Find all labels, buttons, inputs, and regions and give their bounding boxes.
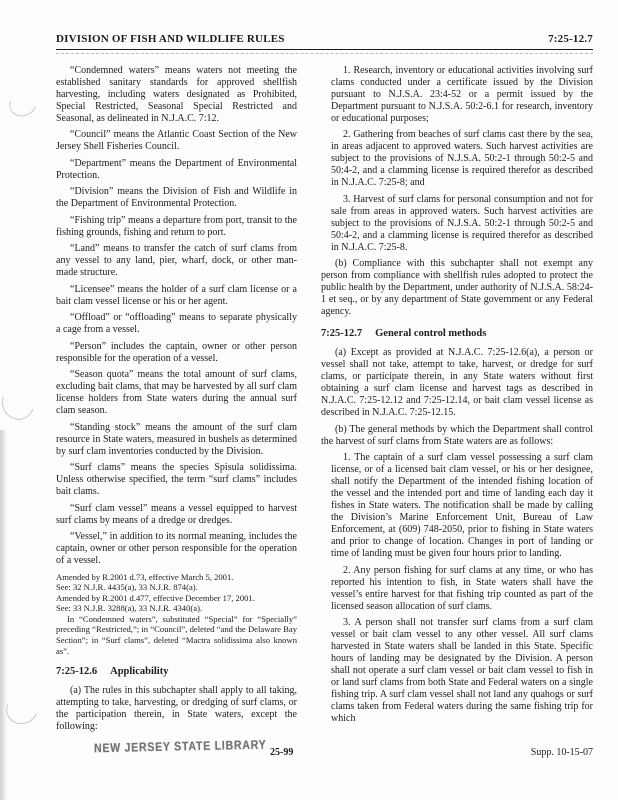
scan-mark [5,87,41,121]
scanned-document-page: DIVISION OF FISH AND WILDLIFE RULES 7:25… [0,0,618,800]
body-paragraph: (b) Compliance with this subchapter shal… [321,258,593,318]
definition-paragraph: “Division” means the Division of Fish an… [56,186,297,210]
list-item: 3. A person shall not transfer surf clam… [331,617,593,725]
definition-paragraph: “Fishing trip” means a departure from po… [56,215,297,239]
body-paragraph: (a) Except as provided at N.J.A.C. 7:25-… [321,347,593,419]
section-heading-12-7: 7:25-12.7General control methods [321,328,593,340]
list-item: 1. The captain of a surf clam vessel pos… [331,452,593,560]
supplement-date: Supp. 10-15-07 [531,747,593,758]
definition-paragraph: “Vessel,” in addition to its normal mean… [56,531,297,567]
list-item: 2. Gathering from beaches of surf clams … [331,129,593,189]
history-line: See: 33 N.J.R. 3288(a), 33 N.J.R. 4340(a… [56,603,297,614]
list-item: 2. Any person fishing for surf clams at … [331,565,593,613]
history-line: Amended by R.2001 d.73, effective March … [56,572,297,583]
two-column-body: “Condemned waters” means waters not meet… [56,65,593,738]
scan-edge-shadow [0,430,7,800]
section-heading-12-6: 7:25-12.6Applicability [56,666,297,678]
section-number: 7:25-12.7 [321,328,362,339]
page-content: DIVISION OF FISH AND WILDLIFE RULES 7:25… [56,33,593,738]
definition-paragraph: “Council” means the Atlantic Coast Secti… [56,129,297,153]
definition-paragraph: “Surf clam vessel” means a vessel equipp… [56,503,297,527]
definition-paragraph: “Condemned waters” means waters not meet… [56,65,297,125]
list-item: 3. Harvest of surf clams for personal co… [331,194,593,254]
definition-paragraph: “Surf clams” means the species Spisula s… [56,462,297,498]
history-notes: Amended by R.2001 d.73, effective March … [56,572,297,657]
running-header: DIVISION OF FISH AND WILDLIFE RULES 7:25… [56,33,593,50]
body-paragraph: (a) The rules in this subchapter shall a… [56,685,297,733]
list-item: 1. Research, inventory or educational ac… [331,65,593,125]
body-paragraph: (b) The general methods by which the Dep… [321,424,593,448]
section-title: General control methods [375,328,486,339]
running-header-title: DIVISION OF FISH AND WILDLIFE RULES [56,33,285,45]
history-line: Amended by R.2001 d.477, effective Decem… [56,593,297,604]
right-column: 1. Research, inventory or educational ac… [321,65,593,738]
history-amendment-note: In “Condemned waters”, substituted “Spec… [56,614,297,656]
left-column: “Condemned waters” means waters not meet… [56,65,297,738]
library-stamp: NEW JERSEY STATE LIBRARY [94,739,267,756]
section-number: 7:25-12.6 [56,666,97,677]
section-title: Applicability [110,666,168,677]
definition-paragraph: “Land” means to transfer the catch of su… [56,243,297,279]
definition-paragraph: “Offload” or “offloading” means to separ… [56,312,297,336]
definition-paragraph: “Person” includes the captain, owner or … [56,341,297,365]
page-number: 25-99 [270,747,293,758]
definition-paragraph: “Standing stock” means the amount of the… [56,422,297,458]
history-line: See: 32 N.J.R. 4435(a), 33 N.J.R. 874(a)… [56,582,297,593]
header-rule-artifact [56,53,593,54]
scan-mark [0,381,40,425]
definition-paragraph: “Department” means the Department of Env… [56,158,297,182]
definition-paragraph: “Licensee” means the holder of a surf cl… [56,284,297,308]
definition-paragraph: “Season quota” means the total amount of… [56,369,297,417]
running-header-section: 7:25-12.7 [548,33,593,45]
scan-mark [1,689,43,730]
